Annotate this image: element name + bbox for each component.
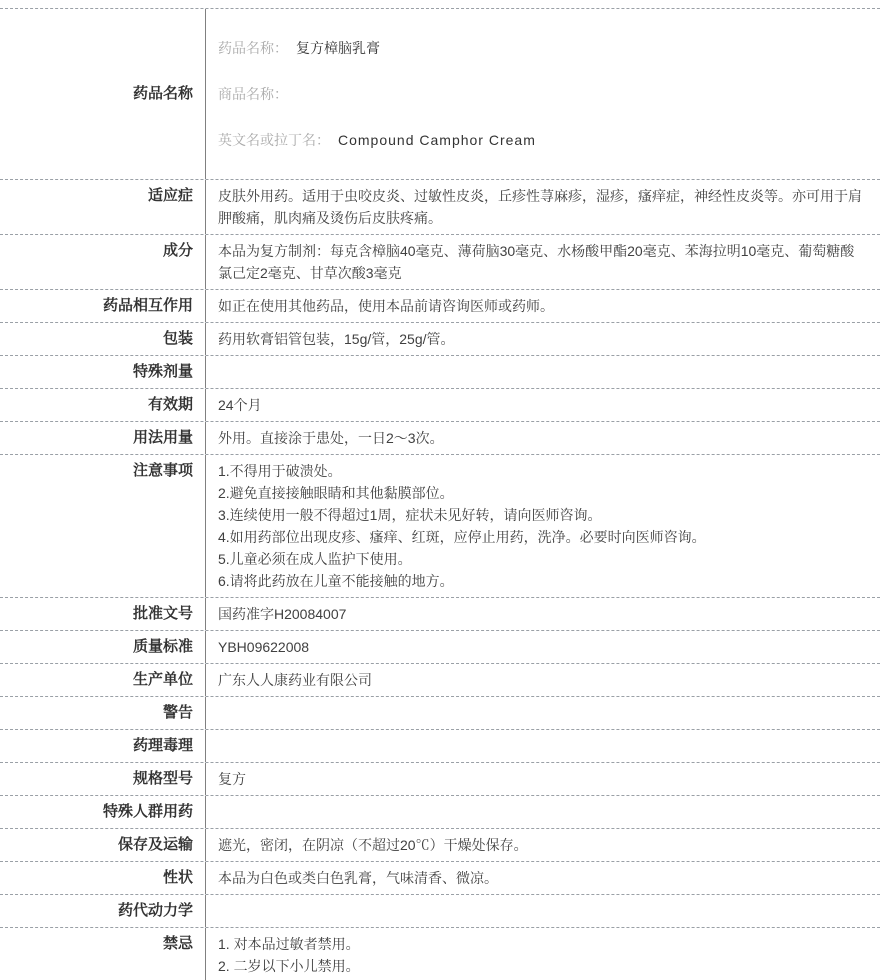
row-value: 复方 <box>206 763 880 795</box>
row-label: 生产单位 <box>0 664 206 696</box>
drug-name-prefix: 药品名称： <box>218 40 288 56</box>
row-value: 1. 对本品过敏者禁用。 2. 二岁以下小儿禁用。 <box>206 928 880 980</box>
row-label: 包装 <box>0 323 206 355</box>
english-name-line: 英文名或拉丁名：Compound Camphor Cream <box>218 128 864 152</box>
row-description: 性状 本品为白色或类白色乳膏，气味清香、微凉。 <box>0 862 880 895</box>
drug-name-line: 药品名称：复方樟脑乳膏 <box>218 36 864 60</box>
row-value: 外用。直接涂于患处，一日2～3次。 <box>206 422 880 454</box>
row-label: 质量标准 <box>0 631 206 663</box>
row-special-dosage: 特殊剂量 <box>0 356 880 389</box>
row-manufacturer: 生产单位 广东人人康药业有限公司 <box>0 664 880 697</box>
row-label: 警告 <box>0 697 206 729</box>
row-precautions: 注意事项 1.不得用于破溃处。 2.避免直接接触眼睛和其他黏膜部位。 3.连续使… <box>0 455 880 598</box>
row-label: 批准文号 <box>0 598 206 630</box>
row-value <box>206 356 880 388</box>
drug-info-table: 药品名称 药品名称：复方樟脑乳膏 商品名称： 英文名或拉丁名：Compound … <box>0 8 880 980</box>
row-value: 本品为复方制剂：每克含樟脑40毫克、薄荷脑30毫克、水杨酸甲酯20毫克、苯海拉明… <box>206 235 880 289</box>
row-value: YBH09622008 <box>206 631 880 663</box>
row-label: 有效期 <box>0 389 206 421</box>
row-value: 如正在使用其他药品，使用本品前请咨询医师或药师。 <box>206 290 880 322</box>
row-ingredients: 成分 本品为复方制剂：每克含樟脑40毫克、薄荷脑30毫克、水杨酸甲酯20毫克、苯… <box>0 235 880 290</box>
row-drug-name: 药品名称 药品名称：复方樟脑乳膏 商品名称： 英文名或拉丁名：Compound … <box>0 9 880 180</box>
row-value: 药用软膏铝管包装，15g/管，25g/管。 <box>206 323 880 355</box>
row-approval-number: 批准文号 国药准字H20084007 <box>0 598 880 631</box>
trade-name-prefix: 商品名称： <box>218 86 288 102</box>
row-label: 保存及运输 <box>0 829 206 861</box>
trade-name-line: 商品名称： <box>218 82 864 106</box>
row-value <box>206 895 880 927</box>
row-value <box>206 796 880 828</box>
english-name-value: Compound Camphor Cream <box>338 132 536 148</box>
row-label: 成分 <box>0 235 206 289</box>
row-label: 规格型号 <box>0 763 206 795</box>
row-label: 特殊剂量 <box>0 356 206 388</box>
row-special-population: 特殊人群用药 <box>0 796 880 829</box>
row-quality-standard: 质量标准 YBH09622008 <box>0 631 880 664</box>
row-indications: 适应症 皮肤外用药。适用于虫咬皮炎、过敏性皮炎，丘疹性荨麻疹，湿疹，瘙痒症，神经… <box>0 180 880 235</box>
row-shelf-life: 有效期 24个月 <box>0 389 880 422</box>
row-storage-transport: 保存及运输 遮光，密闭，在阴凉（不超过20℃）干燥处保存。 <box>0 829 880 862</box>
row-label: 性状 <box>0 862 206 894</box>
row-label: 药品相互作用 <box>0 290 206 322</box>
row-label: 药品名称 <box>0 9 206 179</box>
row-drug-interactions: 药品相互作用 如正在使用其他药品，使用本品前请咨询医师或药师。 <box>0 290 880 323</box>
row-label: 药代动力学 <box>0 895 206 927</box>
row-pharmacokinetics: 药代动力学 <box>0 895 880 928</box>
row-warning: 警告 <box>0 697 880 730</box>
row-label: 注意事项 <box>0 455 206 597</box>
row-value: 遮光，密闭，在阴凉（不超过20℃）干燥处保存。 <box>206 829 880 861</box>
row-label: 用法用量 <box>0 422 206 454</box>
row-usage-dosage: 用法用量 外用。直接涂于患处，一日2～3次。 <box>0 422 880 455</box>
row-label: 药理毒理 <box>0 730 206 762</box>
row-contraindications: 禁忌 1. 对本品过敏者禁用。 2. 二岁以下小儿禁用。 <box>0 928 880 980</box>
row-value: 广东人人康药业有限公司 <box>206 664 880 696</box>
row-value: 药品名称：复方樟脑乳膏 商品名称： 英文名或拉丁名：Compound Camph… <box>206 9 880 179</box>
row-label: 适应症 <box>0 180 206 234</box>
row-value: 皮肤外用药。适用于虫咬皮炎、过敏性皮炎，丘疹性荨麻疹，湿疹，瘙痒症，神经性皮炎等… <box>206 180 880 234</box>
row-value <box>206 730 880 762</box>
drug-name-value: 复方樟脑乳膏 <box>296 40 380 56</box>
row-value <box>206 697 880 729</box>
row-packaging: 包装 药用软膏铝管包装，15g/管，25g/管。 <box>0 323 880 356</box>
row-label: 特殊人群用药 <box>0 796 206 828</box>
row-value: 本品为白色或类白色乳膏，气味清香、微凉。 <box>206 862 880 894</box>
row-value: 国药准字H20084007 <box>206 598 880 630</box>
row-pharmacology-toxicology: 药理毒理 <box>0 730 880 763</box>
row-value: 1.不得用于破溃处。 2.避免直接接触眼睛和其他黏膜部位。 3.连续使用一般不得… <box>206 455 880 597</box>
row-value: 24个月 <box>206 389 880 421</box>
row-specification: 规格型号 复方 <box>0 763 880 796</box>
english-name-prefix: 英文名或拉丁名： <box>218 132 330 148</box>
row-label: 禁忌 <box>0 928 206 980</box>
